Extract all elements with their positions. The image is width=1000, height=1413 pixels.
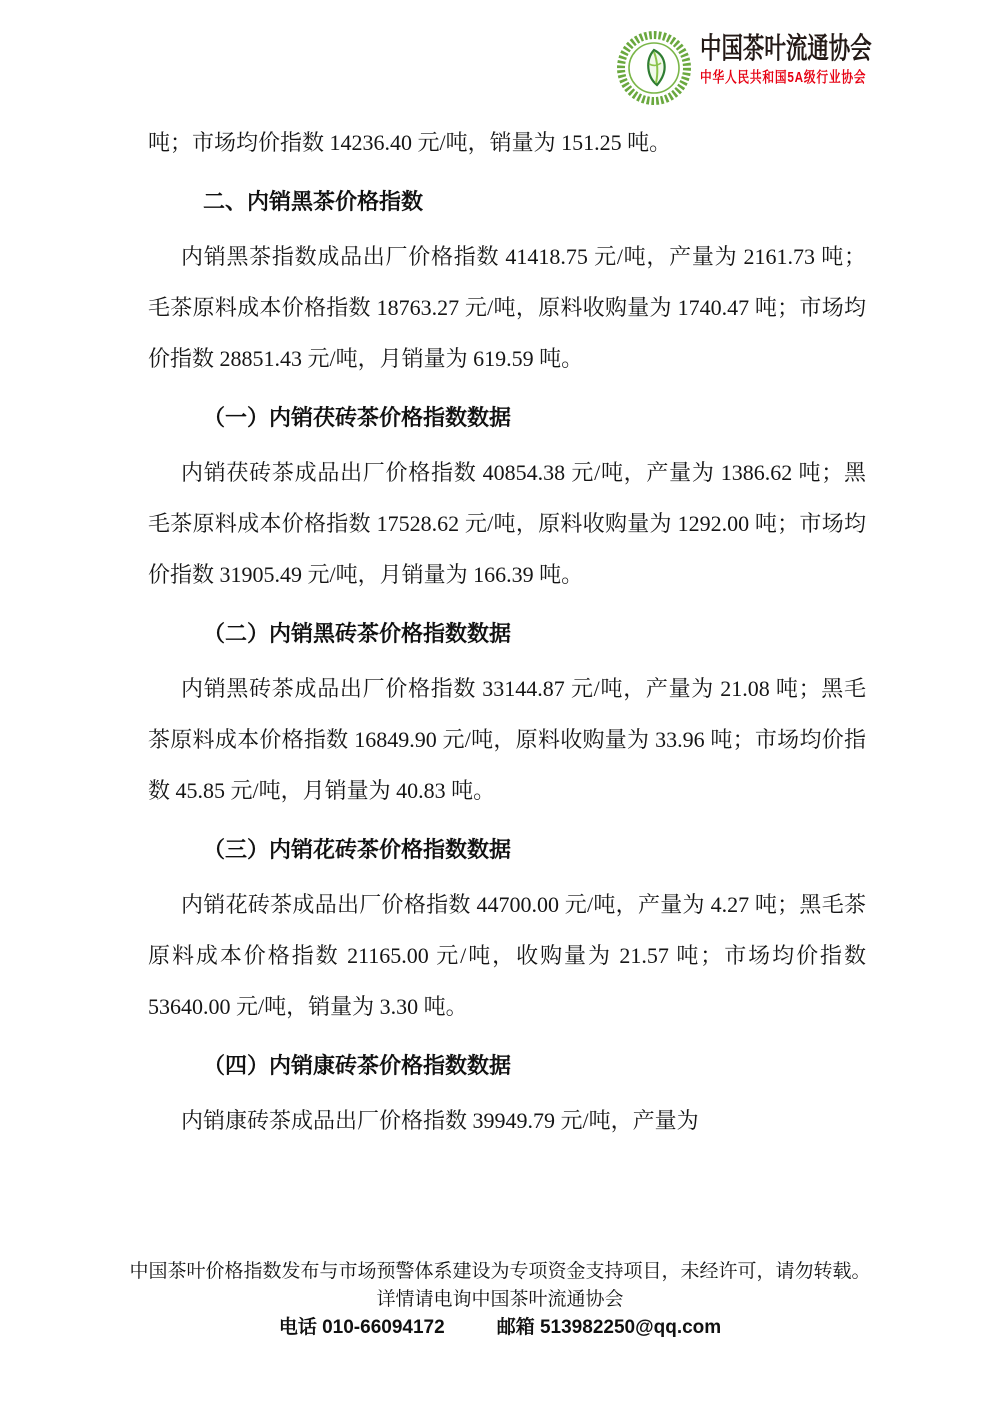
phone-number: 010-66094172 [322,1317,445,1338]
email-address: 513982250@qq.com [540,1317,721,1338]
document-body: 吨；市场均价指数 14236.40 元/吨，销量为 151.25 吨。 二、内销… [148,117,866,1146]
section-heading-dark-tea: 二、内销黑茶价格指数 [148,176,866,227]
org-subtitle: 中华人民共和国5A级行业协会 [700,69,881,87]
section-heading-heizhuan-tea: （二）内销黑砖茶价格指数数据 [148,608,866,659]
section-heading-huazhuan-tea: （三）内销花砖茶价格指数数据 [148,824,866,875]
footer-phone-email: 电话 010-66094172邮箱 513982250@qq.com [0,1314,1000,1342]
paragraph-kangzhuan-tea: 内销康砖茶成品出厂价格指数 39949.79 元/吨，产量为 [148,1095,866,1146]
paragraph-dark-tea: 内销黑茶指数成品出厂价格指数 41418.75 元/吨，产量为 2161.73 … [148,231,866,384]
section-heading-kangzhuan-tea: （四）内销康砖茶价格指数数据 [148,1040,866,1091]
paragraph-heizhuan-tea: 内销黑砖茶成品出厂价格指数 33144.87 元/吨，产量为 21.08 吨；黑… [148,663,866,816]
org-title-block: 中国茶叶流通协会 中华人民共和国5A级行业协会 [700,26,932,87]
footer-notice: 中国茶叶价格指数发布与市场预警体系建设为专项资金支持项目，未经许可，请勿转载。 [0,1258,1000,1286]
document-page: 中国茶叶流通协会 中华人民共和国5A级行业协会 吨；市场均价指数 14236.4… [0,0,1000,1413]
tea-leaf-emblem-icon [616,30,692,106]
org-name: 中国茶叶流通协会 [700,32,872,66]
section-heading-fuzhuan-tea: （一）内销茯砖茶价格指数数据 [148,392,866,443]
footer-contact-line: 详情请电询中国茶叶流通协会 [0,1286,1000,1314]
paragraph-fuzhuan-tea: 内销茯砖茶成品出厂价格指数 40854.38 元/吨，产量为 1386.62 吨… [148,447,866,600]
email-label: 邮箱 [497,1317,535,1338]
phone-label: 电话 [279,1317,317,1338]
paragraph-huazhuan-tea: 内销花砖茶成品出厂价格指数 44700.00 元/吨，产量为 4.27 吨；黑毛… [148,879,866,1032]
association-emblem [616,30,692,106]
paragraph-continuation: 吨；市场均价指数 14236.40 元/吨，销量为 151.25 吨。 [148,117,866,168]
letterhead: 中国茶叶流通协会 中华人民共和国5A级行业协会 [616,26,932,106]
page-footer: 中国茶叶价格指数发布与市场预警体系建设为专项资金支持项目，未经许可，请勿转载。 … [0,1258,1000,1342]
